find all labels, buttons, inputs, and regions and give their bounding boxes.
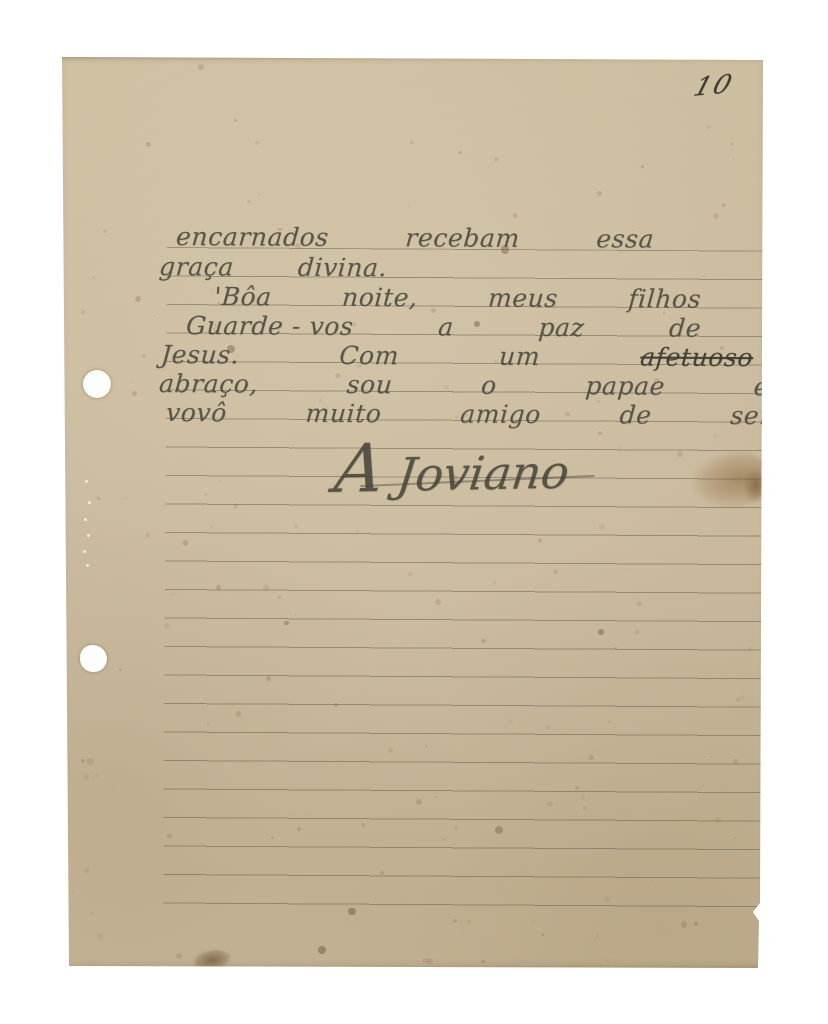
foxing-spot <box>66 764 68 766</box>
page-number: 10 <box>690 69 737 103</box>
foxing-spot <box>247 200 251 204</box>
paper-chip-speck <box>84 518 87 521</box>
foxing-spot <box>85 868 90 873</box>
paper-chip-speck <box>83 550 86 553</box>
foxing-spot <box>730 142 734 146</box>
handwriting-line-7: vovô muito amigo de sempre <box>165 394 767 431</box>
foxing-spot <box>733 158 735 160</box>
handwritten-word: amigo <box>459 400 542 430</box>
foxing-spot <box>234 119 237 122</box>
foxing-spot <box>125 498 127 500</box>
foxing-spot <box>131 382 133 384</box>
signature: A Joviano <box>331 435 659 504</box>
foxing-spot <box>132 391 137 396</box>
foxing-spot <box>97 497 100 500</box>
foxing-spot <box>597 191 602 196</box>
foxing-spot <box>541 933 545 937</box>
foxing-spot <box>694 921 699 926</box>
foxing-spot <box>98 934 104 940</box>
scanned-document: 10 encarnados recebam essa graça divina.… <box>0 0 828 1024</box>
handwritten-word: muito <box>304 399 382 429</box>
foxing-spot <box>722 203 726 207</box>
foxing-spot <box>81 759 85 763</box>
foxing-spot <box>255 141 259 145</box>
foxing-spot <box>146 142 151 147</box>
foxing-spot <box>87 758 93 764</box>
foxing-spot <box>176 953 182 959</box>
handwritten-word: de <box>619 400 653 430</box>
foxing-spot <box>481 960 485 964</box>
paper-sheet: 10 encarnados recebam essa graça divina.… <box>55 55 767 970</box>
foxing-spot <box>410 141 413 144</box>
foxing-spot <box>92 276 95 279</box>
foxing-spot <box>145 533 150 538</box>
foxing-spot <box>81 310 85 314</box>
handwritten-word: recebam <box>404 223 521 254</box>
paper-chip-speck <box>87 534 90 537</box>
paper-chip-speck <box>86 564 89 567</box>
foxing-spot <box>258 193 260 195</box>
foxing-spot <box>467 920 471 924</box>
foxing-spot <box>95 773 99 777</box>
foxing-spot <box>713 213 719 219</box>
foxing-spot <box>606 959 610 963</box>
foxing-spot <box>318 946 326 954</box>
handwritten-word: sempre <box>729 401 767 432</box>
handwritten-word: vovô <box>165 398 228 428</box>
foxing-spot <box>494 157 499 162</box>
foxing-spot <box>453 919 458 924</box>
hole-punch-bottom <box>80 645 107 672</box>
paper-chip-speck <box>88 501 91 504</box>
foxing-spot <box>153 315 155 317</box>
hole-punch-top <box>83 370 111 398</box>
foxing-spot <box>142 354 146 358</box>
foxing-spot <box>422 958 427 963</box>
foxing-spot <box>119 668 122 671</box>
handwritten-word: essa <box>595 224 655 254</box>
foxing-spot <box>513 213 517 217</box>
foxing-spot <box>103 229 107 233</box>
stain-bottom-edge <box>192 947 233 970</box>
paper-chip-speck <box>85 480 88 483</box>
foxing-spot <box>72 890 74 892</box>
foxing-spot <box>135 296 141 302</box>
foxing-spot <box>681 921 687 927</box>
foxing-spot <box>426 958 432 964</box>
foxing-spot <box>596 935 598 937</box>
foxing-spot <box>84 774 90 780</box>
foxing-spot <box>91 912 94 915</box>
foxing-spot <box>408 204 410 206</box>
foxing-spot <box>459 151 462 154</box>
foxing-spot <box>532 920 534 922</box>
foxing-spot <box>707 125 711 129</box>
foxing-spot <box>641 165 644 168</box>
foxing-spot <box>198 64 204 70</box>
